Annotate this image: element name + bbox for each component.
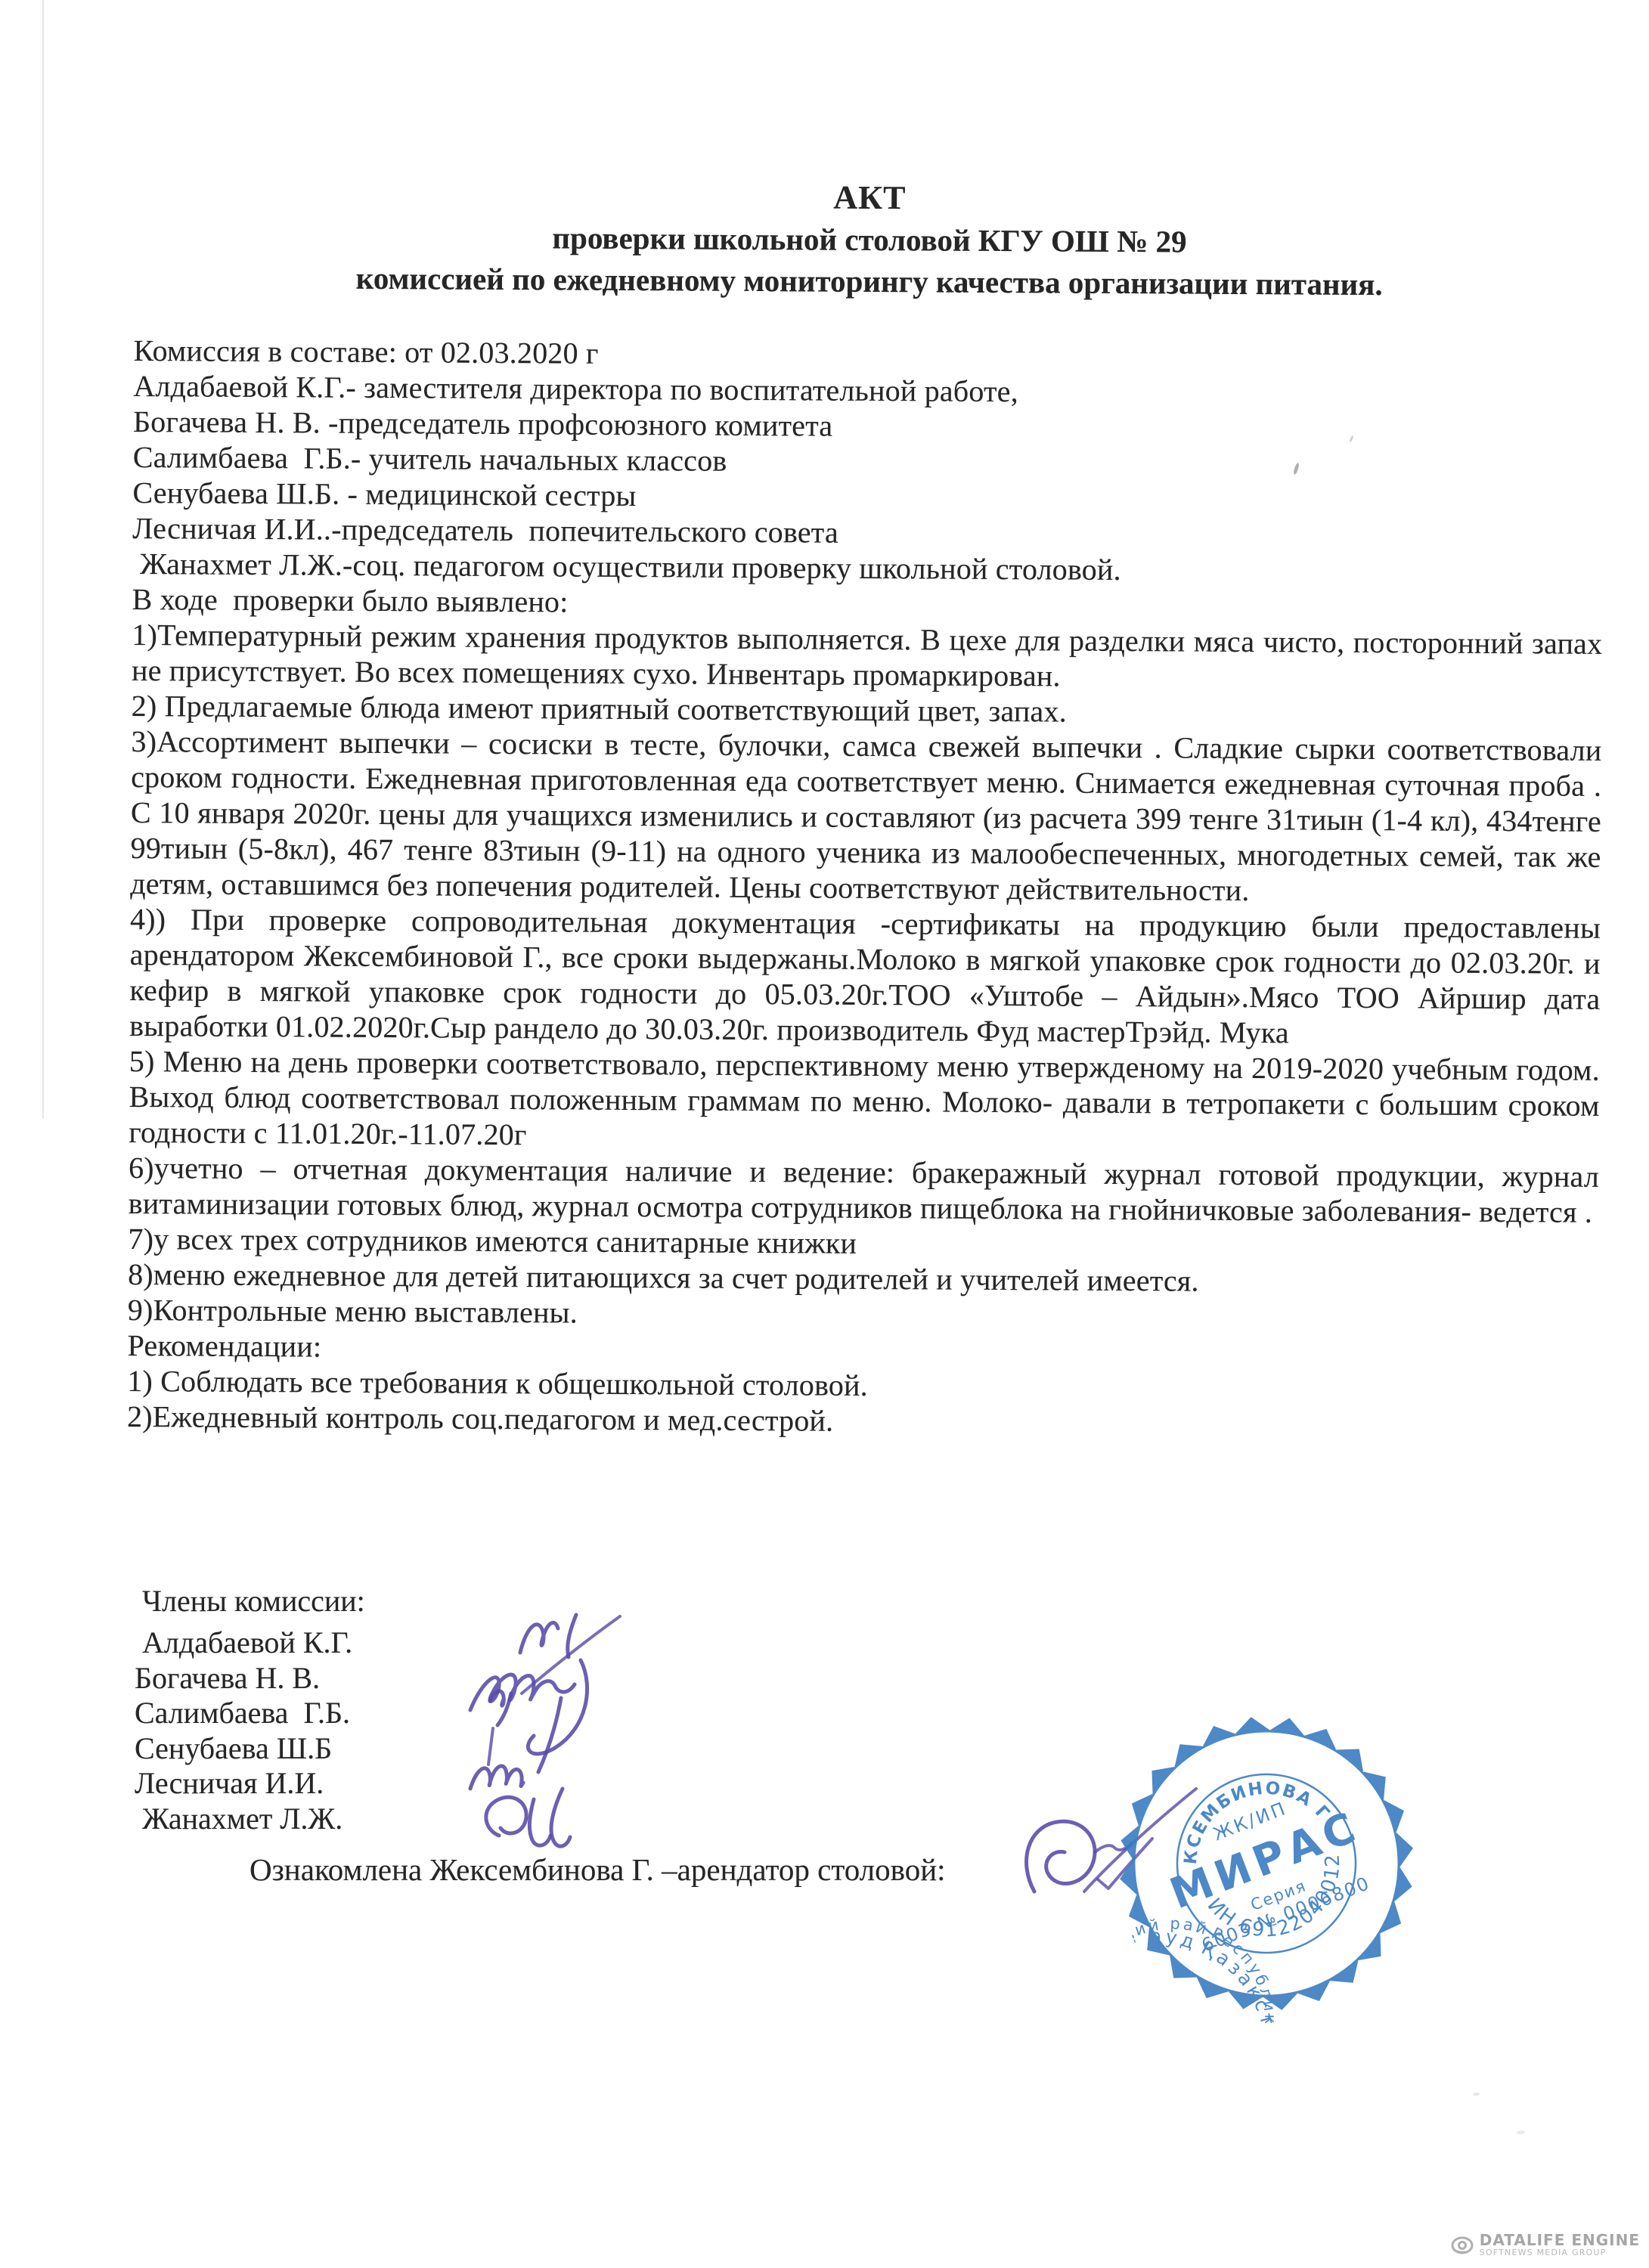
commission-member-name: Сенубаева Ш.Б [135, 1731, 332, 1766]
document-title: АКТ проверки школьной столовой КГУ ОШ № … [134, 172, 1605, 307]
title-line-3: комиссией по ежедневному мониторингу кач… [134, 256, 1604, 307]
commission-heading: Члены комиссии: [135, 1583, 365, 1619]
document-body: Комиссия в составе: от 02.03.2020 г Алда… [127, 333, 1604, 1443]
watermark-subtitle: SOFTNEWS MEDIA GROUP [1480, 2248, 1640, 2257]
acknowledgement-line: Ознакомлена Жексембинова Г. –арендатор с… [250, 1851, 946, 1888]
document-content: АКТ проверки школьной столовой КГУ ОШ № … [0, 0, 1649, 1443]
signature-zhanakhmet [486, 1789, 570, 1846]
round-stamp-miras: Қазақстан Республикасы Алматы қаласы Әуе… [1071, 1668, 1462, 2059]
datalife-engine-watermark: DATALIFE ENGINE SOFTNEWS MEDIA GROUP [1451, 2232, 1640, 2257]
watermark-title: DATALIFE ENGINE [1480, 2232, 1640, 2248]
commission-member-name: Богачева Н. В. [135, 1661, 320, 1696]
scanned-document-page: АКТ проверки школьной столовой КГУ ОШ № … [0, 0, 1649, 2268]
commission-member-name: Лесничая И.И. [135, 1766, 324, 1801]
paragraph-finding-6: 6)учетно – отчетная документация наличие… [129, 1150, 1600, 1230]
stray-speck [1517, 2130, 1525, 2134]
watermark-text: DATALIFE ENGINE SOFTNEWS MEDIA GROUP [1480, 2232, 1640, 2257]
commission-signature-block: Члены комиссии: Алдабаевой К.Г. Богачева… [135, 1583, 365, 1619]
stray-speck [1473, 2093, 1480, 2096]
commission-member-name: Алдабаевой К.Г. [135, 1625, 352, 1660]
signature-salimbayeva [488, 1691, 511, 1765]
commission-member-name: Салимбаева Г.Б. [135, 1696, 350, 1730]
datalife-eye-icon [1451, 2236, 1474, 2254]
commission-member-name: Жанахмет Л.Ж. [135, 1802, 343, 1836]
paragraph-finding-1: 1)Температурный режим хранения продуктов… [132, 617, 1603, 697]
paragraph-finding-4: 4)) При проверке сопроводительная докуме… [129, 901, 1601, 1052]
signature-aldabayeva [520, 1615, 576, 1657]
signature-lesnichaya [470, 1766, 523, 1789]
paragraph-finding-5: 5) Меню на день проверки соответствовало… [129, 1043, 1600, 1159]
signature-bogacheva [470, 1616, 620, 1772]
paragraph-finding-3: 3)Ассортимент выпечки – сосиски в тесте,… [130, 723, 1601, 910]
